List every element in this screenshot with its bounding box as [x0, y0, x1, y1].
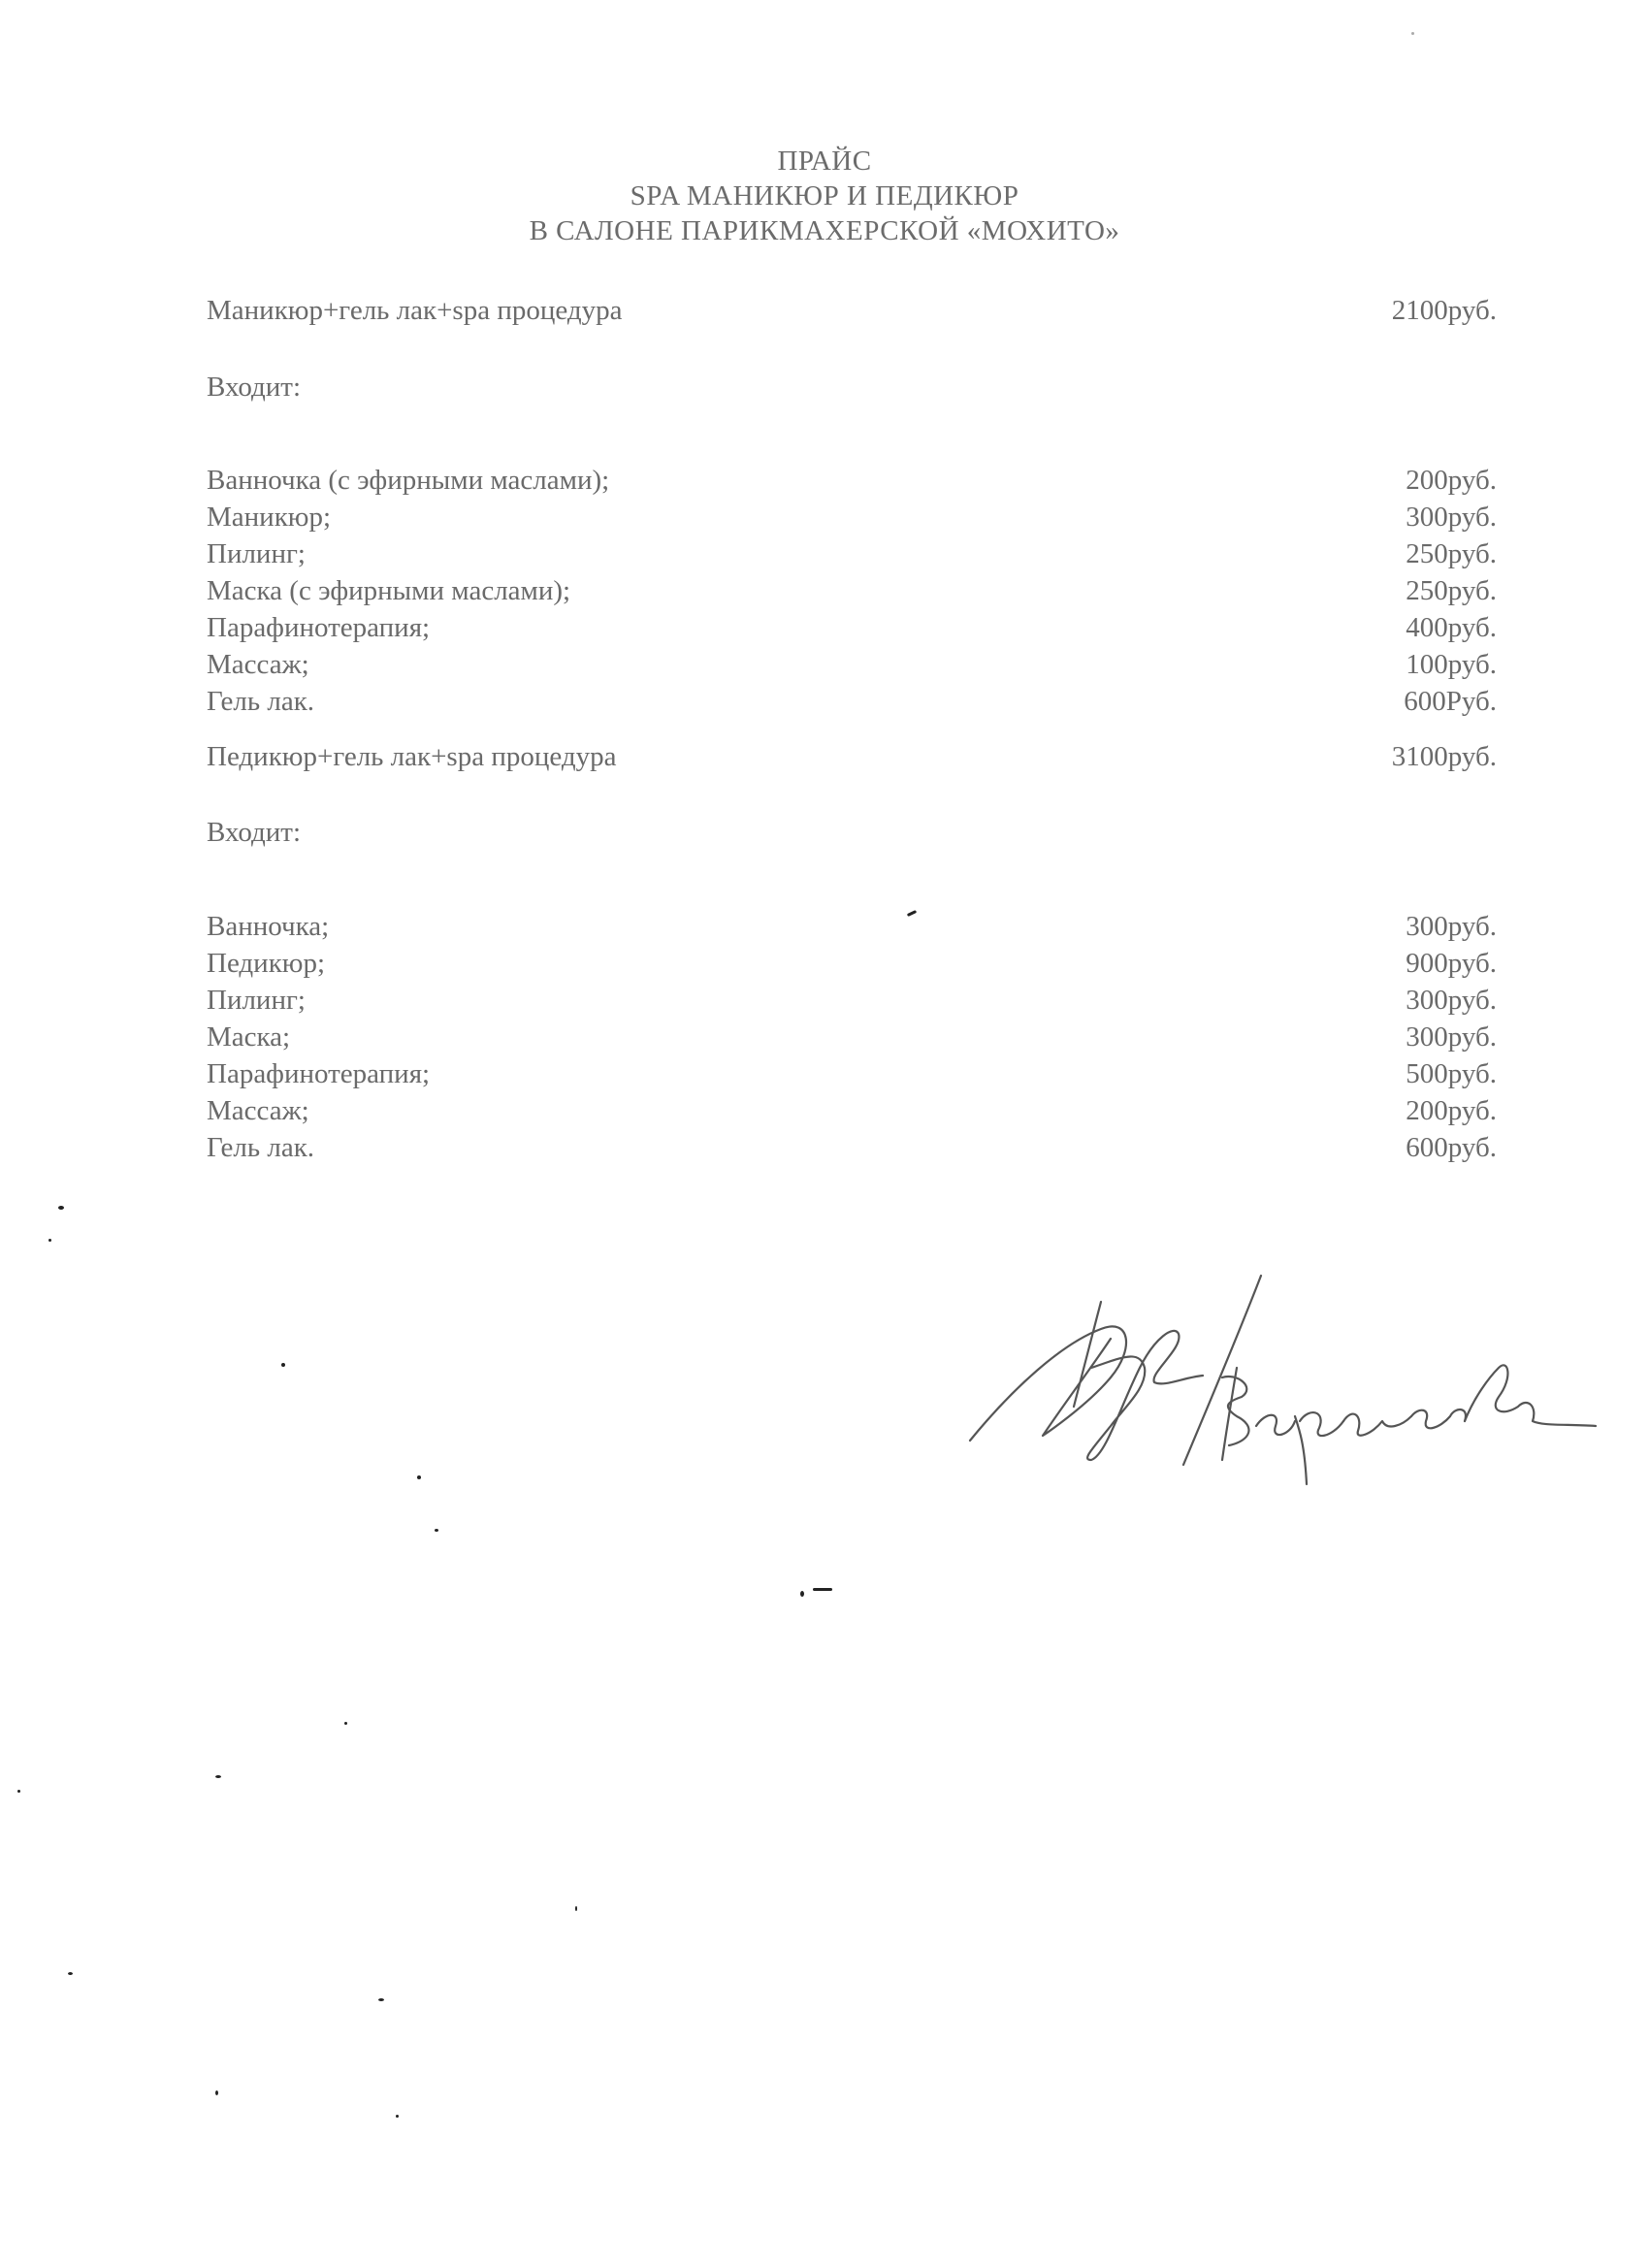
- list-item: Пилинг;300руб.: [207, 983, 1497, 1018]
- item-name: Пилинг;: [207, 536, 306, 571]
- list-item: Парафинотерапия;500руб.: [207, 1056, 1497, 1091]
- scan-speck: [800, 1591, 804, 1597]
- list-item: Гель лак.600Руб.: [207, 684, 1497, 719]
- package-name: Педикюр+гель лак+spa процедура: [207, 739, 617, 774]
- price-list-document: ПРАЙС SPA МАНИКЮР И ПЕДИКЮР В САЛОНЕ ПАР…: [0, 0, 1649, 2268]
- scan-speck: [813, 1588, 832, 1591]
- item-price: 250руб.: [1406, 536, 1497, 571]
- item-price: 400руб.: [1406, 610, 1497, 645]
- item-name: Массаж;: [207, 647, 309, 682]
- list-item: Маска (с эфирными маслами);250руб.: [207, 573, 1497, 608]
- item-price: 200руб.: [1406, 1093, 1497, 1128]
- item-name: Гель лак.: [207, 684, 314, 719]
- scan-speck: [58, 1206, 64, 1210]
- scan-speck: [344, 1722, 347, 1725]
- list-item: Пилинг;250руб.: [207, 536, 1497, 571]
- package-price: 2100руб.: [1392, 293, 1497, 328]
- item-price: 900руб.: [1406, 946, 1497, 981]
- list-item: Гель лак.600руб.: [207, 1130, 1497, 1165]
- list-item: Маска;300руб.: [207, 1020, 1497, 1054]
- item-price: 600Руб.: [1404, 684, 1497, 719]
- list-item: Массаж;200руб.: [207, 1093, 1497, 1128]
- item-name: Маникюр;: [207, 500, 331, 535]
- item-name: Пилинг;: [207, 983, 306, 1018]
- scan-speck: [396, 2115, 399, 2118]
- list-item: Ванночка;300руб.: [207, 909, 1497, 944]
- item-price: 250руб.: [1406, 573, 1497, 608]
- item-price: 200руб.: [1406, 463, 1497, 498]
- item-name: Парафинотерапия;: [207, 610, 430, 645]
- list-item: Массаж;100руб.: [207, 647, 1497, 682]
- scan-speck: [575, 1906, 577, 1911]
- scan-speck: [48, 1239, 51, 1242]
- package-row-manicure: Маникюр+гель лак+spa процедура 2100руб.: [207, 293, 1497, 328]
- includes-label-text: Входит:: [207, 370, 301, 405]
- includes-label: Входит:: [207, 815, 1497, 850]
- item-name: Гель лак.: [207, 1130, 314, 1165]
- item-price: 600руб.: [1406, 1130, 1497, 1165]
- item-name: Ванночка;: [207, 909, 329, 944]
- item-name: Маска;: [207, 1020, 290, 1054]
- scan-speck: [215, 2090, 218, 2095]
- item-name: Парафинотерапия;: [207, 1056, 430, 1091]
- item-name: Ванночка (с эфирными маслами);: [207, 463, 609, 498]
- scan-speck: [378, 1998, 384, 2001]
- list-item: Маникюр;300руб.: [207, 500, 1497, 535]
- signature-icon: [946, 1261, 1615, 1513]
- document-subtitle: SPA МАНИКЮР И ПЕДИКЮР: [0, 180, 1649, 212]
- list-item: Педикюр;900руб.: [207, 946, 1497, 981]
- item-price: 300руб.: [1406, 983, 1497, 1018]
- list-item: Парафинотерапия;400руб.: [207, 610, 1497, 645]
- scan-speck: [435, 1529, 438, 1532]
- package-price: 3100руб.: [1392, 739, 1497, 774]
- document-salon-line: В САЛОНЕ ПАРИКМАХЕРСКОЙ «МОХИТО»: [0, 215, 1649, 247]
- item-name: Маска (с эфирными маслами);: [207, 573, 570, 608]
- item-price: 300руб.: [1406, 500, 1497, 535]
- item-price: 300руб.: [1406, 1020, 1497, 1054]
- item-price: 300руб.: [1406, 909, 1497, 944]
- item-price: 500руб.: [1406, 1056, 1497, 1091]
- document-title: ПРАЙС: [0, 146, 1649, 178]
- scan-speck: [281, 1363, 285, 1367]
- scan-speck: [417, 1475, 421, 1479]
- item-price: 100руб.: [1406, 647, 1497, 682]
- scan-speck: [17, 1790, 20, 1793]
- list-item: Ванночка (с эфирными маслами);200руб.: [207, 463, 1497, 498]
- package-name: Маникюр+гель лак+spa процедура: [207, 293, 623, 328]
- package-row-pedicure: Педикюр+гель лак+spa процедура 3100руб.: [207, 739, 1497, 774]
- scan-speck: [215, 1775, 221, 1778]
- scan-speck: [1411, 32, 1414, 35]
- scan-speck: [68, 1972, 73, 1975]
- item-name: Массаж;: [207, 1093, 309, 1128]
- item-name: Педикюр;: [207, 946, 325, 981]
- includes-label-text: Входит:: [207, 815, 301, 850]
- includes-label: Входит:: [207, 370, 1497, 405]
